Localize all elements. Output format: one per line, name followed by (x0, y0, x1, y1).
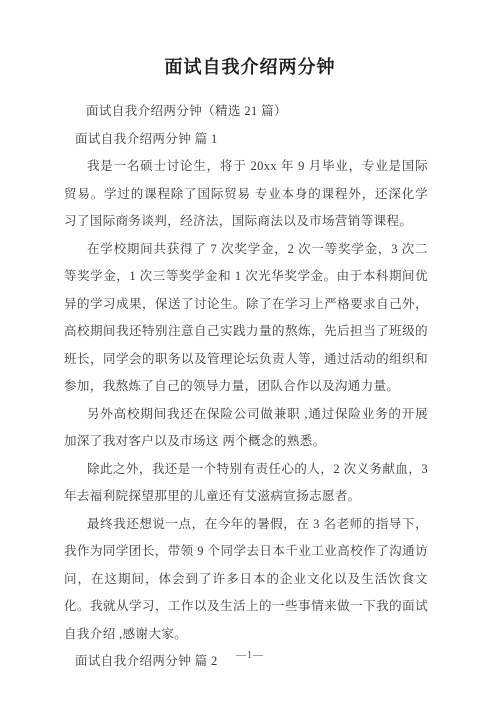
document-body: 面试自我介绍两分钟（精选 21 篇） 面试自我介绍两分钟 篇 1 我是一名硕士讨… (64, 98, 428, 676)
paragraph: 另外高校期间我还在保险公司做兼职 ,通过保险业务的开展加深了我对客户以及市场这 … (64, 401, 428, 456)
paragraph: 在学校期间共获得了 7 次奖学金，2 次一等奖学金，3 次二等奖学金，1 次三等… (64, 236, 428, 401)
page-number: —1— (0, 649, 500, 663)
document-title: 面试自我介绍两分钟 (0, 0, 500, 82)
section-heading-1: 面试自我介绍两分钟 篇 1 (75, 126, 428, 154)
document-page: 面试自我介绍两分钟 面试自我介绍两分钟（精选 21 篇） 面试自我介绍两分钟 篇… (0, 0, 500, 707)
paragraph: 我是一名硕士讨论生，将于 20xx 年 9 月毕业，专业是国际贸易。学过的课程除… (64, 153, 428, 236)
paragraph: 最终我还想说一点，在今年的暑假，在 3 名老师的指导下，我作为同学团长，带领 9… (64, 511, 428, 649)
paragraph: 除此之外，我还是一个特别有责任心的人，2 次义务献血，3 年去福利院探望那里的儿… (64, 456, 428, 511)
document-subtitle: 面试自我介绍两分钟（精选 21 篇） (64, 98, 428, 126)
